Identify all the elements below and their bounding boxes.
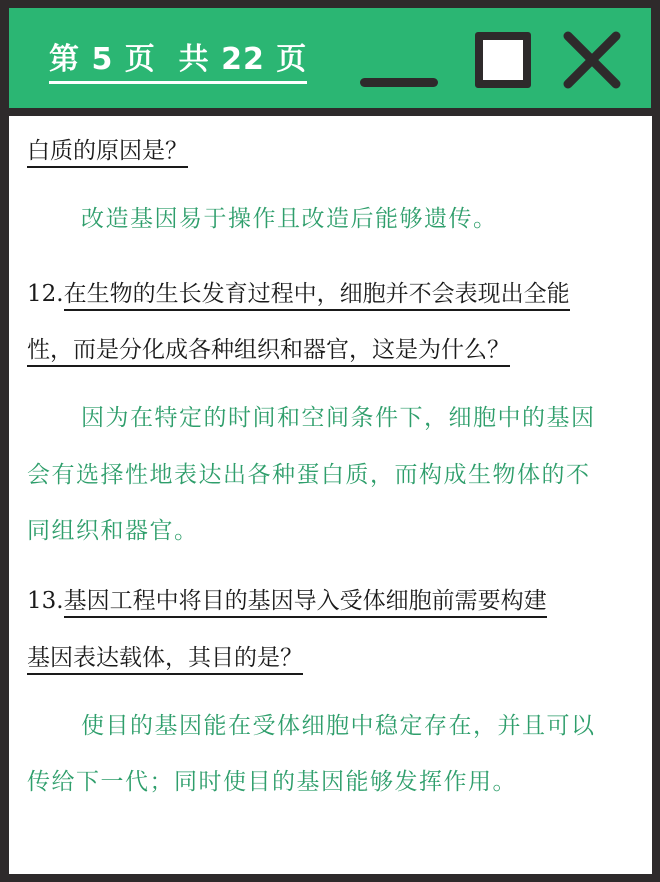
page-indicator-title: 第 5 页 共 22 页 — [49, 42, 307, 84]
answer-13-line-1: 使目的基因能在受体细胞中稳定存在，并且可以 — [81, 711, 596, 741]
answer-12-line-3: 同组织和器官。 — [27, 516, 199, 546]
question-text: 性，而是分化成各种组织和器官，这是为什么？ — [27, 337, 510, 367]
question-13-line-1: 13.基因工程中将目的基因导入受体细胞前需要构建 — [27, 586, 547, 616]
answer-12-line-1: 因为在特定的时间和空间条件下，细胞中的基因 — [81, 403, 596, 433]
question-12-line-1: 12.在生物的生长发育过程中，细胞并不会表现出全能 — [27, 279, 570, 309]
answer-12-line-2: 会有选择性地表达出各种蛋白质，而构成生物体的不 — [27, 460, 591, 490]
question-text: 基因表达载体，其目的是？ — [27, 645, 303, 675]
minimize-button[interactable] — [360, 78, 438, 87]
question-13-line-2: 基因表达载体，其目的是？ — [27, 643, 303, 673]
maximize-button[interactable] — [475, 32, 531, 88]
question-number: 12. — [27, 281, 64, 307]
document-content: 白质的原因是？ 改造基因易于操作且改造后能够遗传。 12.在生物的生长发育过程中… — [9, 116, 652, 874]
question-11-line-2: 白质的原因是？ — [27, 136, 188, 166]
answer-13-line-2: 传给下一代；同时使目的基因能够发挥作用。 — [27, 767, 517, 797]
title-bar: 第 5 页 共 22 页 — [9, 8, 651, 108]
question-text: 在生物的生长发育过程中，细胞并不会表现出全能 — [64, 281, 570, 311]
question-12-line-2: 性，而是分化成各种组织和器官，这是为什么？ — [27, 335, 510, 365]
close-button[interactable] — [562, 30, 622, 90]
answer-11-line-1: 改造基因易于操作且改造后能够遗传。 — [81, 204, 498, 234]
question-text: 白质的原因是？ — [27, 138, 188, 168]
question-text: 基因工程中将目的基因导入受体细胞前需要构建 — [64, 588, 547, 618]
window-frame: 第 5 页 共 22 页 白质的原因是？ 改造基因易于操作且改造后能够遗传。 1… — [0, 0, 660, 882]
question-number: 13. — [27, 588, 64, 614]
close-icon — [562, 30, 622, 90]
